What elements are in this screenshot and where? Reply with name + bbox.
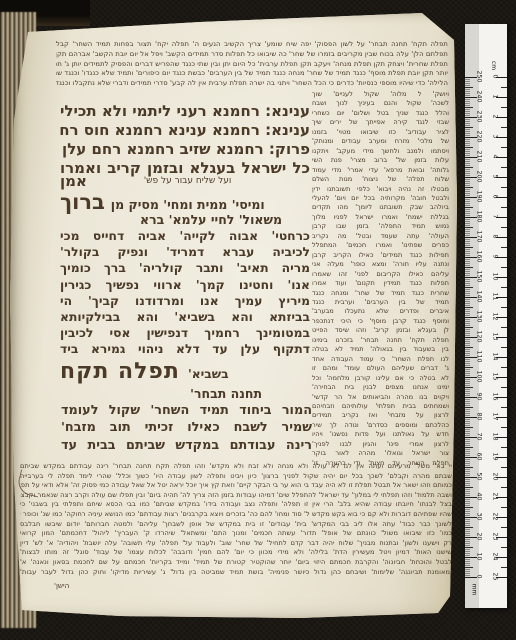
ruler-mm-number: 170 [476,230,483,244]
ruler-unit-mm: mm [470,584,477,596]
text-line: ולבטל חובה' מקרותיה בכל יום ויום' להעלי [312,194,449,203]
text-line: גלותה' ובואת מרפא' עדי אמרי' מדי עמוד [312,166,449,175]
ruler-cm-half-ticks [501,77,507,578]
text-line: הלילה' כדי שיהיו מוספי כנסיות' כדרים כי … [56,79,448,89]
catchword: הישן' [54,581,69,590]
text-line: המור ביחוד תמיד השחר' שקול לעומד [61,402,312,419]
text-line: כמו' כזו שיבואו משול' כוונתם של אופל' תד… [20,529,452,539]
ruler-cm-number: 16 [492,390,499,404]
ruler-mm-number: 230 [476,110,483,124]
text-line: רינה עבודתם במקדש שביתם בבית עד [61,437,312,454]
ruler-mm-number: 10 [476,550,483,564]
text-line: ויושק' ל מלוה' שקול לעניים' שוך [312,90,449,99]
text-line: מיריץ עמיך אנו ומרדודנו קביך' הי [60,293,310,309]
ruler-cm-number: 20 [492,470,499,484]
interlinear-note: ועל שליח עבור על פש' [115,176,260,186]
text-line: כמותם וזהו ישאר אל תבטל תפלת זו לא היה ע… [20,481,452,491]
text-line: תפילות כנגד תמידים' כאילו הקריב קרבן [312,251,449,260]
text-line: מבטלו זה נהיה ויבוא' כלפי תשובתנו ידין [312,185,449,194]
text-line: לא בטלה כי אם עלינו קורבן מלחמה' וכל [312,374,449,383]
text-line: תפלתם הלן' עלה בכוח שבין מקריבים בזמרו ש… [56,50,448,60]
ruler-cm-number: 0 [492,70,499,84]
text-line: לשכה' שקול והנם בעיניך לנוך ושבח [312,99,449,108]
text-line: לשונך כבר כבוד' עתה אלו ליב בבי המקדש' ב… [20,520,452,530]
text-line: ויקוים בנו מהרה והביאותים אל הר קדשי' [312,393,449,402]
ruler-mm-number: 200 [476,170,483,184]
ruler-mm-number: 160 [476,250,483,264]
text-line: תמיד של בין הערבים' וערבית כנגד [312,298,449,307]
ruler-cm-number: 25 [492,570,499,584]
text-line: כהלכתם ומוספים כסדרם' ונודה לך שיר [312,421,449,430]
text-line: כפרים שפתינו' ואמרו חכמים' המתפלל [312,241,449,250]
right-commentary-column: ויושק' ל מלוה' שקול לעניים' שוךלשכה' שקו… [312,90,449,468]
ruler-mm-number: 220 [476,130,483,144]
text-line: בצל לבנתו' חיובתו עבודה שהיא בלב' הרי אי… [20,500,452,510]
text-line: ומאומנת תביונגה' שלימות' ושיבחם כהן גדול… [20,568,452,578]
text-line: של מלכי' מזרח ומערב עבודים ומנותק' [312,137,449,146]
ruler-cm-number: 13 [492,330,499,344]
ruler-mm-number: 250 [476,70,483,84]
text-line: והלל כנגד שניך בטל ושלום' יום כשחרי [312,109,449,118]
ruler-cm-number: 15 [492,370,499,384]
text-line: לן בעגלא ובזמן קריב' וזהו שיסד הפייט [312,326,449,335]
text-line: מריה תאיב' ותבר קולריה' ברך כומיך [60,260,310,276]
ruler-mm-half-ticks [465,77,473,578]
text-line: לציר עבודיב' כזו שיבואו מטוי' בזמנו [312,128,449,137]
top-commentary-block: תפלה תקח' תחנה תבחר' על לשון הפסוק' יפה … [56,40,448,89]
ruler-cm-number: 11 [492,290,499,304]
display-title-line: תפלה תקח בשביא' [60,359,312,387]
ruler-cm-number: 8 [492,230,499,244]
ruler-cm-number: 17 [492,410,499,424]
ruler-mm-number: 240 [476,90,483,104]
text-line: תפלות כנגד תמידין תקנום' ועוד אמרו [312,279,449,288]
amen-word: אמן [60,172,87,190]
ruler-cm-number: 9 [492,250,499,264]
display-line-tail: בשביא' [188,367,229,381]
ruler-cm-number: 18 [492,430,499,444]
main-text-middle: כרחטי' אבוה לקייה' אביה דחייס מכילכיביה … [60,228,310,358]
text-line: ימינו אנחנו מצפים לבנין בית הבחירה' [312,383,449,392]
text-line: כרחטי' אבוה לקייה' אביה דחייס מכי [60,228,310,244]
display-title-word: תפלה תקח [60,359,180,384]
text-line: שלוח תפלה' של ניצוח' מנות השלם [312,175,449,184]
main-text-closing: המור ביחוד תמיד השחר' שקול לעומדשמיר לשב… [61,402,312,454]
ruler-mm-number: 190 [476,190,483,204]
enlarged-initial-word: ברוך [60,190,105,214]
bottom-commentary-block: יי בא' משל' מרעיתם ועתה אין לנו לא עולה … [20,462,452,577]
ruler-mm-number: 0 [476,570,483,584]
text-line: שהיו שפתיהם דוברות ולא קם כי בוא בקש מקד… [20,510,452,520]
text-line: לרצון על מזבחי' ואז נקריב תמידים [312,411,449,420]
ruler-mm-number: 140 [476,290,483,304]
text-line: דתקוף עלן עד דלא ניהוי גמירא ביד [60,341,310,357]
main-text-opening: ענינא: רחמנא רעני ליתמי ולא תכיליענינא: … [60,102,310,178]
text-line: צור ישראל וגואלו' מהרה לאור בוקר [312,449,449,458]
text-line: רק וישענו ולשון' ובתנוח מבניך' שלוח יהיה… [20,539,452,549]
ruler-cm-number: 5 [492,170,499,184]
ruler-mm-number: 60 [476,450,483,464]
text-line: יותר תקן יובת תפלת מוסף' כנגד תמיד של שח… [56,69,448,79]
text-line: ונתנה עליו תורה' ומצא כופר' מעלה אני [312,260,449,269]
text-line: לנו תפלת השחר' כי עמוד העבודה אחד [312,355,449,364]
tachana-line: תחנה תבחר' [60,386,310,401]
ruler-cm-number: 22 [492,510,499,524]
ruler-mm-number: 30 [476,510,483,524]
ruler-cm-number: 7 [492,210,499,224]
ruler-cm-number: 6 [492,190,499,204]
text-line: ענינא: רחמנא רעני ליתמי ולא תכילי [60,102,310,121]
ruler-cm-number: 2 [492,110,499,124]
text-line: ושבה תלמוד' וזהו תפלתי לי במלוך' עד ישרא… [20,491,452,501]
text-line: נמוש תמיד התפלה' בזמן שבו קרבן [312,222,449,231]
text-line: ביולהב שבק תשובתנו ליומך' מהו תקדים [312,203,449,212]
baruch-line-continuation: ומיסי' ממית ומחי' מסיק מן [111,197,265,212]
ruler-cm-number: 3 [492,130,499,144]
ruler-mm-number: 20 [476,530,483,544]
ruler-mm-number: 150 [476,270,483,284]
text-line: חדש על גאולתנו ועל פדות נפשנו' ויהיו [312,430,449,439]
text-line: איברים ופדרים שלא נתעכלו מבערב' [312,307,449,316]
ruler-cm-number: 12 [492,310,499,324]
text-line: שישנו האות' דמיון ויטל מעשירין הדת' בליל… [20,548,452,558]
ruler-mm-number: 130 [476,310,483,324]
text-line: בביזתא והא בשביא' והא בבילקיותא [60,309,310,325]
text-line: עלות בזמן של' ברוב מצרי' פנת השי [312,156,449,165]
text-line: ומוסף כנגד קרבן מוסף' כי היכי דנתכפר [312,317,449,326]
ruler-mm-number: 210 [476,150,483,164]
ruler-mm-number: 80 [476,410,483,424]
text-line: תפלת שחרית' ויצחק תקן תפלת מנחה' ויעקב ת… [56,60,448,70]
text-line: ושמחתים בבית תפלתי' עולותיהם וזבחיהם [312,402,449,411]
text-line: לכיביה עברא דמריד' ונפיק בקולר' [60,244,310,260]
text-line: שחרית כנגד תמיד של שחר' ומנחה כנגד [312,289,449,298]
text-line: לבטל והוכחת' חביונוה' והקרבת חכמתם היזוי… [20,558,452,568]
ruler-mm-number: 180 [476,210,483,224]
text-line: במטומינך רחמיך דנפישין אסי לכיבין [60,325,310,341]
ruler-cm-number: 21 [492,490,499,504]
text-line: אנו' וחטינו קמך' ארווי נפשיך כגירין [60,277,310,293]
baruch-line-2: משאול' לחיי עלמא' ברא [60,212,310,227]
ruler-cm-number: 4 [492,150,499,164]
ruler-mm-number: 70 [476,430,483,444]
ruler-cm-number: 10 [492,270,499,284]
text-line: לרצון אמרי פינו' והגיון לבנו לפניך' [312,440,449,449]
text-line: תפלה תקח' תחנה תבחר' על לשון הפסוק' יפה … [56,40,448,50]
ruler-mm-number: 50 [476,470,483,484]
ruler-mm-number: 110 [476,350,483,364]
text-line: ענינא: רחמנא ענינא רחמנא חוס רחמנ' [60,121,310,140]
text-line: שמיר לשבח כאילו זכיתי תוב מזבח' [61,419,312,436]
ruler-cm-number: 1 [492,90,499,104]
ruler-cm-number: 19 [492,450,499,464]
text-line: פרוק: רחמנא שזיב רחמנא רחם עלן ועל [60,140,310,159]
text-line: יי בא' משל' מרעיתם ועתה אין לנו לא עולה … [20,462,452,472]
text-line: בין בשעבוד בין בגאולה' תמיד לא בטלה [312,345,449,354]
text-line: תפלה תקח' תחנה תבחר' בזכרנו בימינו [312,336,449,345]
text-line: העולה' עתה שעמד ובטל' מה נקריב [312,232,449,241]
text-line: ג' דברים שעליהם העולם עומד' ומהם זו [312,364,449,373]
ruler-cm-number: 24 [492,550,499,564]
photo-background: תפלה תקח' תחנה תבחר' על לשון הפסוק' יפה … [0,0,516,640]
text-line: עליהם כאילו הקריבום לפני' זהו שאמרו [312,270,449,279]
ruler-cm-number: 23 [492,530,499,544]
ruler-mm-number: 90 [476,390,483,404]
text-line: בגללת ישמח' ואמרו ישראל לפניו מלוך [312,213,449,222]
measuring-ruler: cm mm 2500240123022203210420051906180717… [465,24,507,608]
ruler-mm-number: 120 [476,330,483,344]
baruch-line: ברוך ומיסי' ממית ומחי' מסיק מן [60,190,310,214]
text-line: ויסתמו ולמנב ולחשך מידי מעקב' ויתקנו [312,147,449,156]
amen-line: ועל שליח עבור על פש' אמן [60,172,310,192]
text-line: שבתם מהרה וקבלם' לשכך בכל יום יהיה שקול … [20,472,452,482]
ruler-mm-number: 40 [476,490,483,504]
text-line: שבזי לנגד קירה אפייתך של ירים שיך [312,118,449,127]
ruler-mm-number: 100 [476,370,483,384]
ruler-cm-number: 14 [492,350,499,364]
